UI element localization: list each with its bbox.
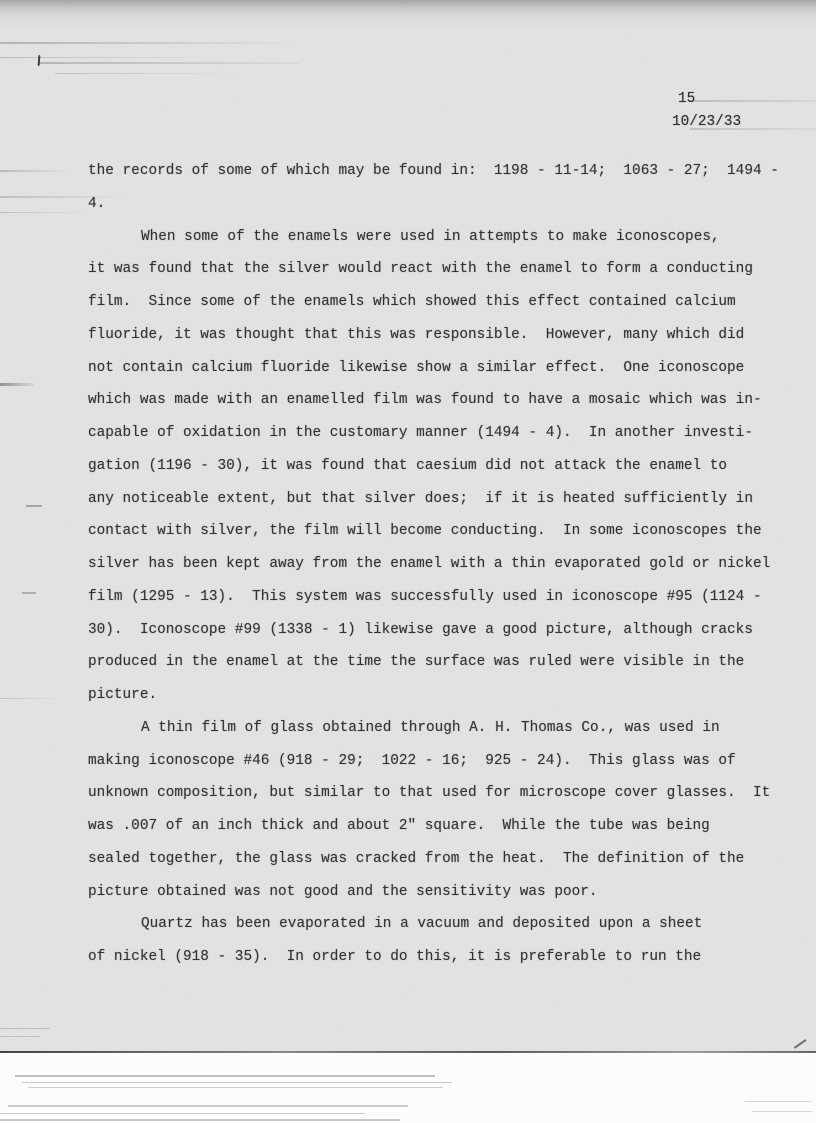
scan-streak: [0, 1113, 365, 1114]
text-line: which was made with an enamelled film wa…: [88, 384, 804, 417]
text-line: the records of some of which may be foun…: [88, 155, 804, 188]
text-line: making iconoscope #46 (918 - 29; 1022 - …: [88, 745, 804, 778]
text-line: 30). Iconoscope #99 (1338 - 1) likewise …: [88, 614, 804, 647]
text-line: it was found that the silver would react…: [88, 253, 804, 286]
scan-streak: [15, 1075, 435, 1077]
scan-streak: [0, 1119, 400, 1121]
scanner-background: [0, 1053, 816, 1123]
text-line: sealed together, the glass was cracked f…: [88, 843, 804, 876]
text-line: picture obtained was not good and the se…: [88, 876, 804, 909]
text-line: fluoride, it was thought that this was r…: [88, 319, 804, 352]
page-date: 10/23/33: [672, 114, 741, 130]
scan-shadow-top: [0, 0, 816, 30]
text-line: contact with silver, the film will becom…: [88, 515, 804, 548]
document-text: the records of some of which may be foun…: [88, 155, 804, 974]
text-line: was .007 of an inch thick and about 2" s…: [88, 810, 804, 843]
scan-streak: [8, 1105, 408, 1107]
text-line: not contain calcium fluoride likewise sh…: [88, 352, 804, 385]
scanned-document-page: 15 10/23/33 the records of some of which…: [0, 0, 816, 1123]
text-line: A thin film of glass obtained through A.…: [88, 712, 804, 745]
text-line: silver has been kept away from the ename…: [88, 548, 804, 581]
scan-streak: [22, 1082, 452, 1083]
text-line: When some of the enamels were used in at…: [88, 221, 804, 254]
text-line: Quartz has been evaporated in a vacuum a…: [88, 908, 804, 941]
text-line: film. Since some of the enamels which sh…: [88, 286, 804, 319]
text-line: capable of oxidation in the customary ma…: [88, 417, 804, 450]
text-line: 4.: [88, 188, 804, 221]
scan-streak: [745, 1101, 811, 1102]
text-line: film (1295 - 13). This system was succes…: [88, 581, 804, 614]
text-line: of nickel (918 - 35). In order to do thi…: [88, 941, 804, 974]
text-line: gation (1196 - 30), it was found that ca…: [88, 450, 804, 483]
text-line: any noticeable extent, but that silver d…: [88, 483, 804, 516]
text-line: unknown composition, but similar to that…: [88, 777, 804, 810]
text-line: produced in the enamel at the time the s…: [88, 646, 804, 679]
text-line: picture.: [88, 679, 804, 712]
scan-streak: [752, 1111, 812, 1112]
page-number: 15: [678, 91, 695, 107]
scan-streak: [28, 1087, 443, 1088]
